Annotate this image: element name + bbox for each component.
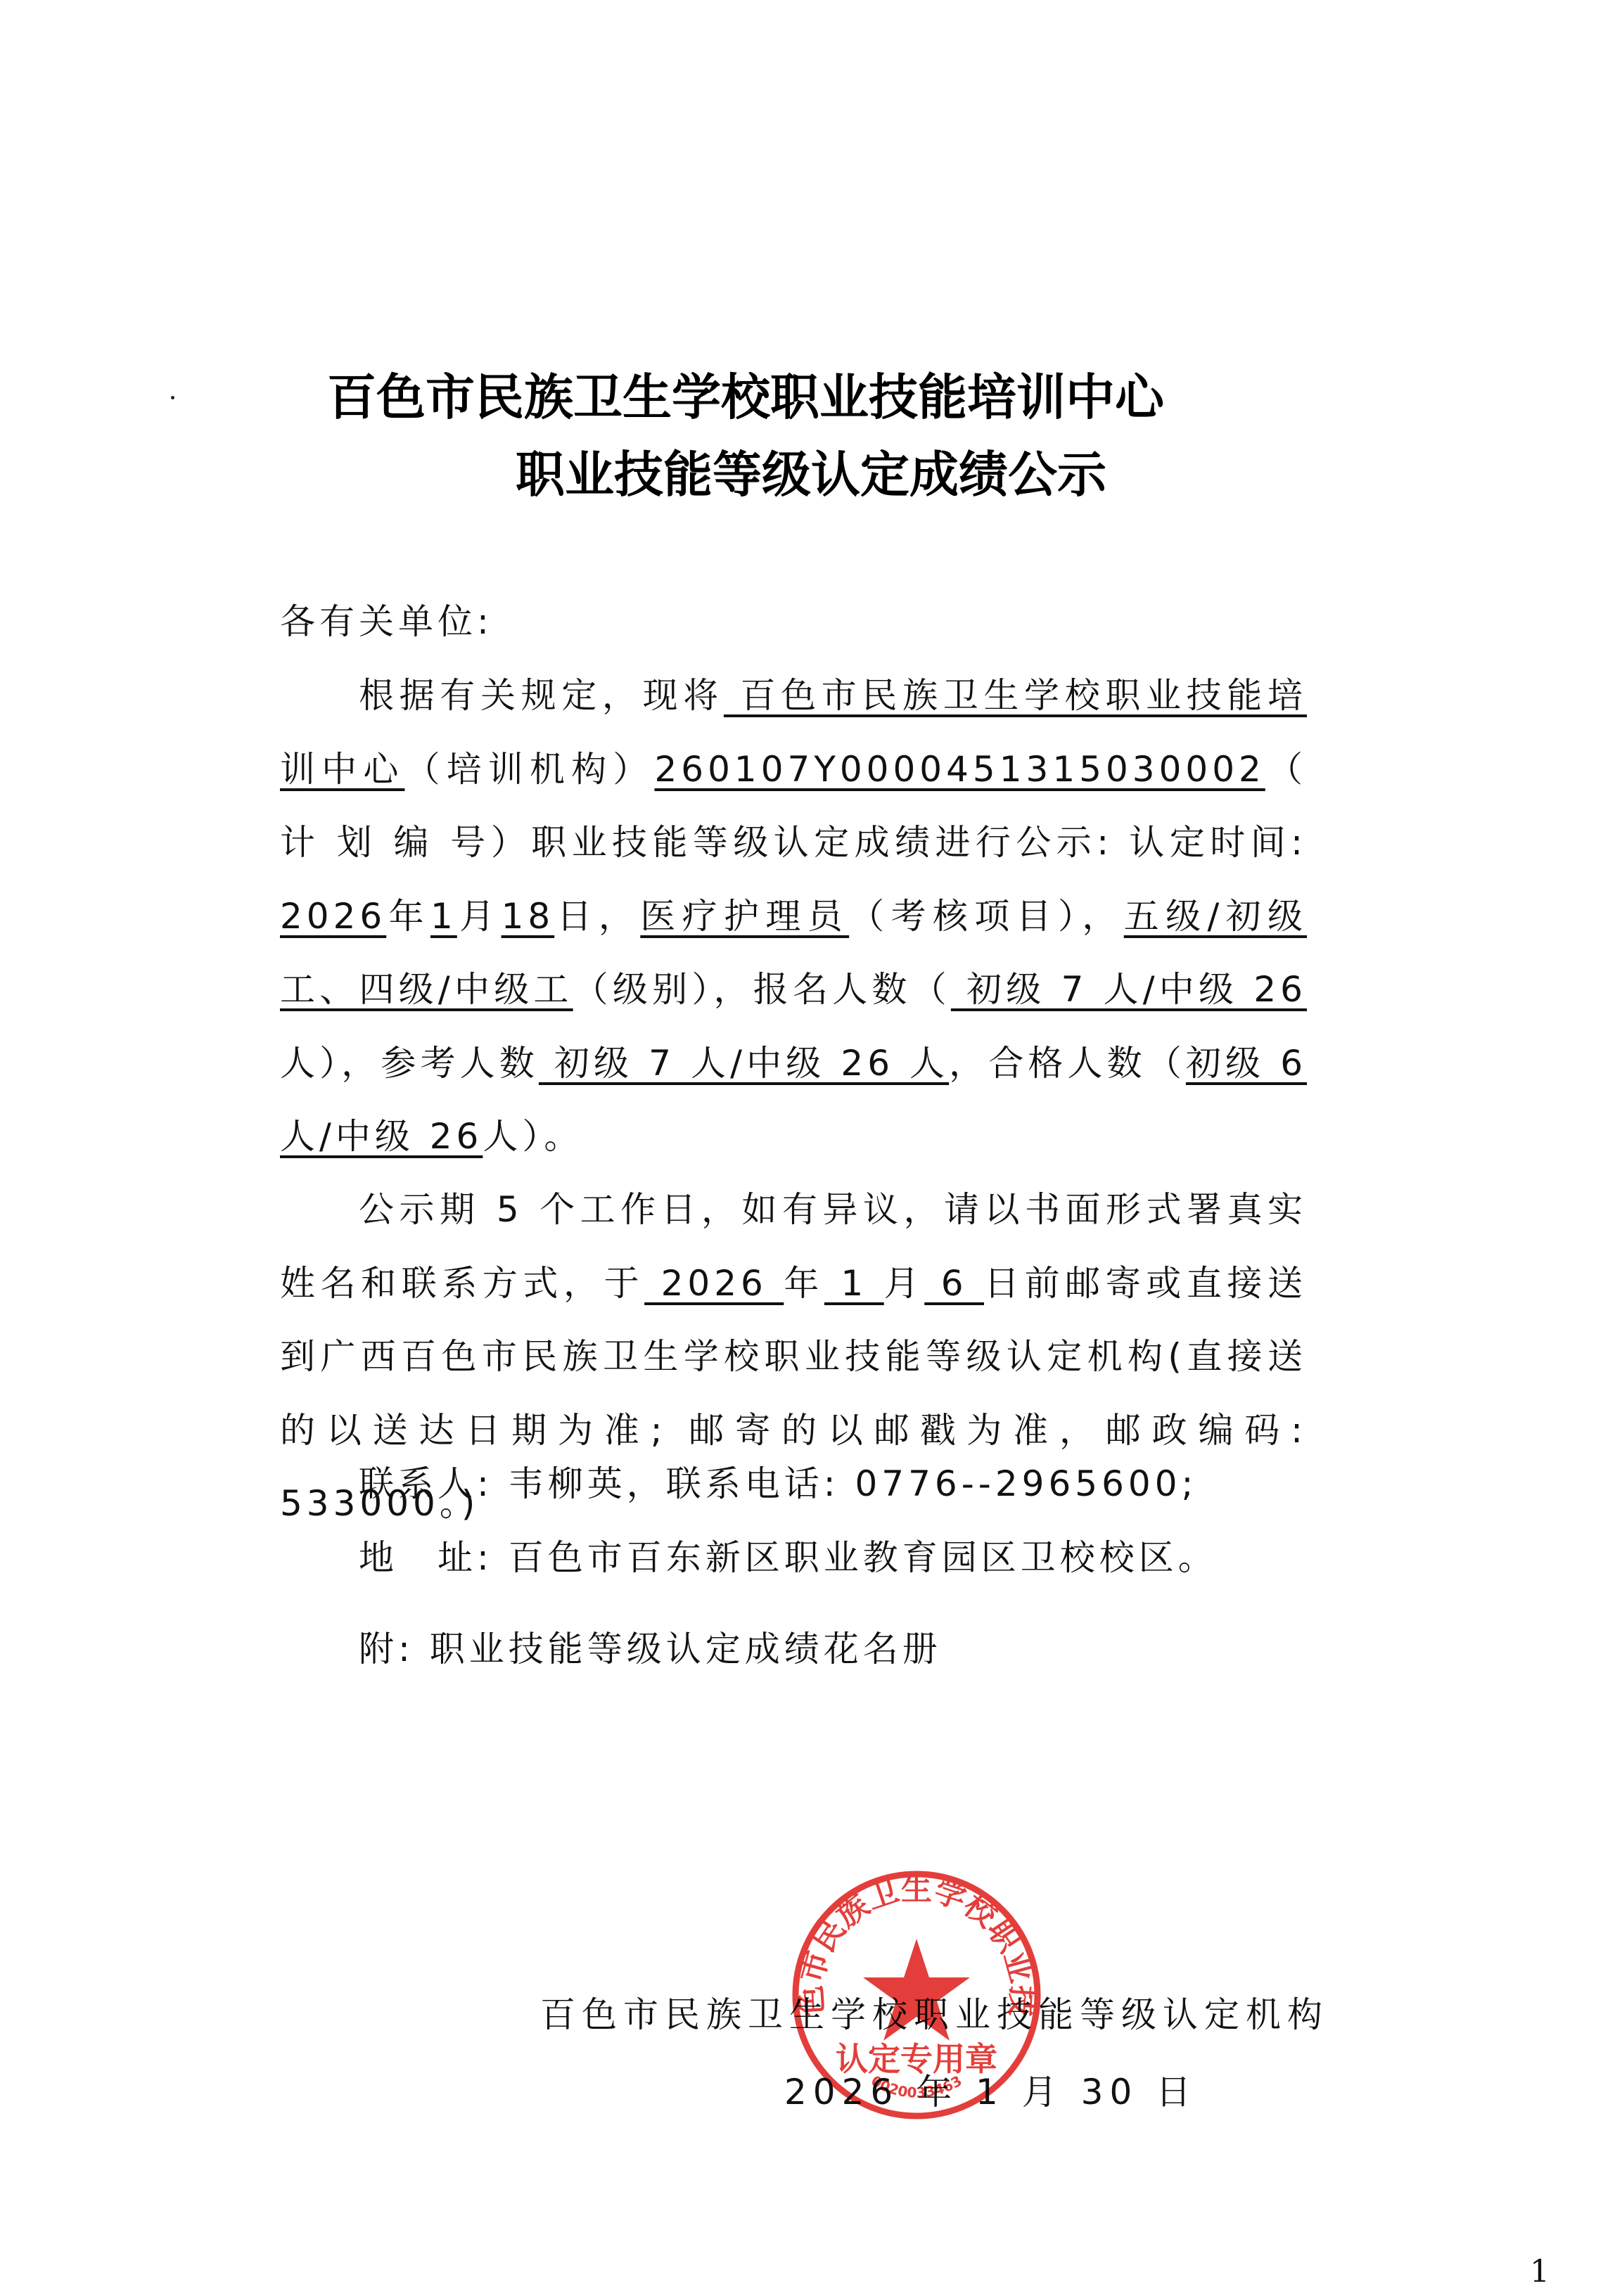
attachment-label: 附: bbox=[359, 1629, 430, 1669]
exam-item: 医疗护理员 bbox=[640, 896, 849, 937]
deadline-day: 6 bbox=[924, 1263, 984, 1304]
salutation: 各有关单位: bbox=[280, 585, 1307, 659]
page-number: 1 bbox=[1530, 2254, 1550, 2290]
contact-phone: 0776--2965600; bbox=[855, 1463, 1198, 1504]
announcement-paragraph: 根据有关规定，现将 百色市民族卫生学校职业技能培训中心（培训机构）260107Y… bbox=[280, 659, 1307, 1174]
para1-text: 人）。 bbox=[483, 1116, 583, 1157]
para1-text: （考核项目）， bbox=[849, 896, 1124, 937]
contact-line: 联系人: 韦柳英，联系电话: 0776--2965600; bbox=[359, 1463, 1197, 1505]
para2-text: 年 bbox=[784, 1263, 824, 1304]
exam-year: 2026 bbox=[280, 896, 386, 937]
address-value: 百色市百东新区职业教育园区卫校校区。 bbox=[509, 1537, 1218, 1578]
seal-bottom-text: 认定专用章 bbox=[836, 2040, 997, 2078]
contact-label: 联系人: bbox=[359, 1463, 509, 1504]
para1-text: 人），参考人数 bbox=[280, 1043, 539, 1084]
exam-month: 1 bbox=[430, 896, 457, 937]
document-page: 百色市民族卫生学校职业技能培训中心 职业技能等级认定成绩公示 各有关单位: 根据… bbox=[0, 0, 1622, 2296]
document-title-line1: 百色市民族卫生学校职业技能培训中心 bbox=[60, 373, 1502, 422]
phone-label: ，联系电话: bbox=[627, 1463, 855, 1504]
para1-text: （级别），报名人数（ bbox=[573, 969, 951, 1010]
plan-number: 260107Y000045131503000​2 bbox=[654, 749, 1265, 790]
deadline-month: 1 bbox=[824, 1263, 884, 1304]
exam-day: 18 bbox=[502, 896, 555, 937]
seal-star-icon bbox=[863, 1939, 970, 2041]
para1-text: ，合格人数（ bbox=[949, 1043, 1186, 1084]
para2-text: 月 bbox=[884, 1263, 925, 1304]
official-seal-icon: 百色市民族卫生学校职业技能 认定专用章 0020033463 bbox=[786, 1865, 1047, 2125]
address-line: 地 址: 百色市百东新区职业教育园区卫校校区。 bbox=[359, 1537, 1218, 1579]
para1-text: 年 bbox=[386, 896, 430, 937]
para1-text: 月 bbox=[457, 896, 502, 937]
attachment-value: 职业技能等级认定成绩花名册 bbox=[430, 1629, 942, 1669]
attachment-line: 附: 职业技能等级认定成绩花名册 bbox=[359, 1628, 942, 1670]
registered-count: 初级 7 人/中级 26 bbox=[951, 969, 1307, 1010]
para1-text: 根据有关规定，现将 bbox=[359, 675, 724, 716]
contact-name: 韦柳英 bbox=[509, 1463, 627, 1504]
para1-text: （培训机构） bbox=[404, 749, 654, 790]
participated-count: 初级 7 人/中级 26 人 bbox=[539, 1043, 949, 1084]
para1-text: 日， bbox=[554, 896, 640, 937]
document-title-line2: 职业技能等级认定成绩公示 bbox=[0, 450, 1622, 499]
deadline-year: 2026 bbox=[644, 1263, 784, 1304]
address-label: 地 址: bbox=[359, 1537, 509, 1578]
